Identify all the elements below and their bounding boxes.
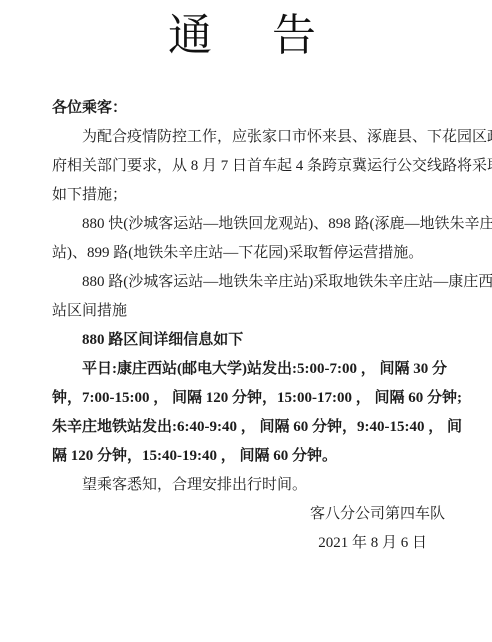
para-schedule-line-4: 隔 120 分钟，15:40-19:40 ， 间隔 60 分钟。 <box>52 442 445 471</box>
para-closing: 望乘客悉知，合理安排出行时间。 <box>52 471 445 500</box>
para-schedule-line-3: 朱辛庄地铁站发出:6:40-9:40 ， 间隔 60 分钟，9:40-15:40… <box>52 413 445 442</box>
para-section-line-1: 880 路(沙城客运站—地铁朱辛庄站)采取地铁朱辛庄站—康庄西 <box>52 268 445 297</box>
salutation: 各位乘客： <box>52 94 445 123</box>
notice-title: 通 告 <box>0 10 492 62</box>
para-schedule-line-1: 平日:康庄西站(邮电大学)站发出:5:00-7:00 ， 间隔 30 分 <box>52 355 445 384</box>
heading-detail: 880 路区间详细信息如下 <box>52 326 445 355</box>
notice-document: 通 告 各位乘客： 为配合疫情防控工作，应张家口市怀来县、涿鹿县、下花园区政 府… <box>0 0 492 642</box>
para-suspend-line-2: 站)、899 路(地铁朱辛庄站—下花园)采取暂停运营措施。 <box>52 239 445 268</box>
para-section-line-2: 站区间措施 <box>52 297 445 326</box>
signature: 客八分公司第四车队 <box>52 500 445 529</box>
para-intro-line-2: 府相关部门要求，从 8 月 7 日首车起 4 条跨京冀运行公交线路将采取 <box>52 152 445 181</box>
para-suspend-line-1: 880 快(沙城客运站—地铁回龙观站)、898 路(涿鹿—地铁朱辛庄 <box>52 210 445 239</box>
para-intro-line-3: 如下措施； <box>52 181 445 210</box>
para-schedule-line-2: 钟，7:00-15:00 ， 间隔 120 分钟，15:00-17:00 ， 间… <box>52 384 445 413</box>
para-intro-line-1: 为配合疫情防控工作，应张家口市怀来县、涿鹿县、下花园区政 <box>52 123 445 152</box>
notice-body: 各位乘客： 为配合疫情防控工作，应张家口市怀来县、涿鹿县、下花园区政 府相关部门… <box>0 94 492 558</box>
date: 2021 年 8 月 6 日 <box>52 529 445 558</box>
